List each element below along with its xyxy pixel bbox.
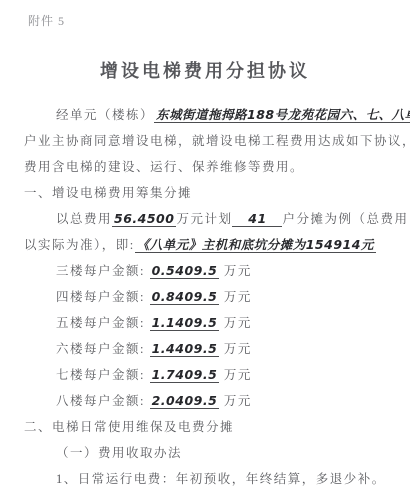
address-handwritten: 东城街道拖拇路188号龙苑花园六、七、八单元: [154, 107, 410, 123]
floor-label: 八楼每户金额:: [56, 394, 145, 408]
floor-label: 七楼每户金额:: [56, 368, 145, 382]
floor-amount-unit: 万元: [224, 368, 252, 382]
floor-label: 四楼每户金额:: [56, 290, 145, 304]
households-count-value: 41: [232, 211, 282, 227]
intro-line-3: 费用含电梯的建设、运行、保养维修等费用。: [24, 154, 396, 180]
floor-amount-unit: 万元: [224, 316, 252, 330]
total-cost-prefix: 以总费用: [56, 212, 112, 226]
unit8-share-handwritten: 《八单元》主机和底坑分摊为154914元: [135, 237, 376, 253]
floor-amount-row: 八楼每户金额: 2.0409.5 万元: [24, 388, 396, 414]
section1-heading: 一、增设电梯费用筹集分摊: [24, 180, 396, 206]
floor-amount-value: 0.5409.5: [150, 263, 220, 279]
total-cost-line-2: 以实际为准），即:《八单元》主机和底坑分摊为154914元: [24, 232, 396, 258]
floor-amount-row: 七楼每户金额: 1.7409.5 万元: [24, 362, 396, 388]
floor-label: 五楼每户金额:: [56, 316, 145, 330]
floor-amount-value: 0.8409.5: [150, 289, 220, 305]
floor-amount-unit: 万元: [224, 342, 252, 356]
floor-amount-row: 四楼每户金额: 0.8409.5 万元: [24, 284, 396, 310]
floor-amount-row: 六楼每户金额: 1.4409.5 万元: [24, 336, 396, 362]
total-cost-value: 56.4500: [112, 211, 176, 227]
total-cost-line: 以总费用56.4500万元计划41户分摊为例（总费用: [24, 206, 396, 232]
floor-label: 三楼每户金额:: [56, 264, 145, 278]
total-cost-suffix: 户分摊为例（总费用: [282, 212, 408, 226]
floor-amount-row: 五楼每户金额: 1.1409.5 万元: [24, 310, 396, 336]
section2-item-1: 1、日常运行电费：年初预收，年终结算，多退少补。: [24, 466, 396, 491]
intro-line-1: 经单元（楼栋）东城街道拖拇路188号龙苑花园六、七、八单元: [24, 102, 396, 128]
intro-line-1-prefix: 经单元（楼栋）: [56, 108, 154, 122]
document-title: 增设电梯费用分担协议: [0, 57, 410, 83]
attachment-label: 附件 5: [28, 12, 65, 29]
document-page: 附件 5 增设电梯费用分担协议 经单元（楼栋）东城街道拖拇路188号龙苑花园六、…: [0, 0, 410, 491]
document-body: 经单元（楼栋）东城街道拖拇路188号龙苑花园六、七、八单元 户业主协商同意增设电…: [24, 102, 396, 491]
section2-heading: 二、电梯日常使用维保及电费分摊: [24, 414, 396, 440]
floor-amount-unit: 万元: [224, 264, 252, 278]
intro-line-2: 户业主协商同意增设电梯，就增设电梯工程费用达成如下协议，: [24, 128, 396, 154]
floor-amount-unit: 万元: [224, 394, 252, 408]
floor-amount-value: 1.1409.5: [150, 315, 220, 331]
floor-amount-row: 三楼每户金额: 0.5409.5 万元: [24, 258, 396, 284]
floor-amount-unit: 万元: [224, 290, 252, 304]
floor-amount-value: 1.7409.5: [150, 367, 220, 383]
total-cost-mid: 万元计划: [176, 212, 232, 226]
floor-amount-value: 1.4409.5: [150, 341, 220, 357]
section2-subheading: （一）费用收取办法: [24, 440, 396, 466]
total-cost-line2-prefix: 以实际为准），即:: [24, 238, 135, 252]
floor-amount-value: 2.0409.5: [150, 393, 220, 409]
floor-label: 六楼每户金额:: [56, 342, 145, 356]
